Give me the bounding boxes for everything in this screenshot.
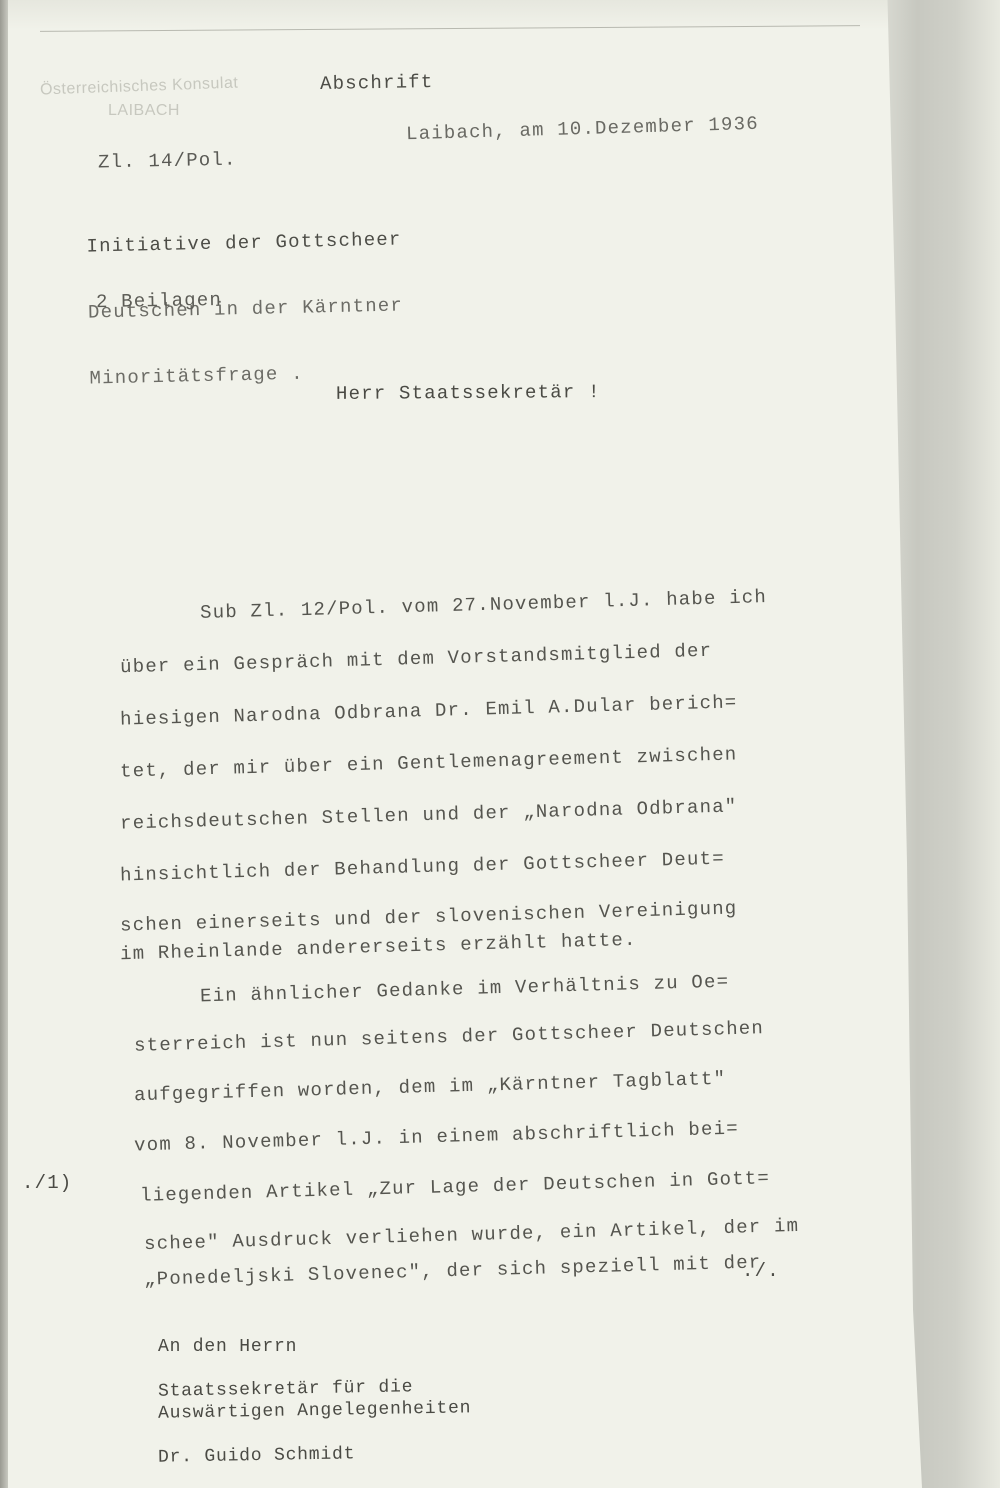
- body-line: tet, der mir über ein Gentlemenagreement…: [120, 743, 738, 782]
- salutation: Herr Staatssekretär !: [336, 381, 601, 405]
- margin-enclosure-note: ./1): [22, 1172, 72, 1194]
- body-line: aufgegriffen worden, dem im „Kärntner Ta…: [134, 1068, 727, 1107]
- body-line: Sub Zl. 12/Pol. vom 27.November l.J. hab…: [200, 586, 767, 624]
- place-and-date: Laibach, am 10.Dezember 1936: [406, 113, 759, 145]
- body-line: vom 8. November l.J. in einem abschriftl…: [134, 1118, 739, 1157]
- body-line: sterreich ist nun seitens der Gottscheer…: [134, 1017, 764, 1057]
- body-line: reichsdeutschen Stellen und der „Narodna…: [120, 795, 738, 834]
- document-page: Österreichisches Konsulat LAIBACH Abschr…: [8, 0, 1000, 1488]
- consulate-stamp-line1: Österreichisches Konsulat: [40, 73, 239, 102]
- addressee-block: An den Herrn Staatssekretär für die Ausw…: [158, 1336, 471, 1466]
- consulate-stamp-line2: LAIBACH: [108, 100, 180, 122]
- body-line: schee" Ausdruck verliehen wurde, ein Art…: [144, 1215, 800, 1255]
- reference-number: Zl. 14/Pol.: [98, 149, 237, 174]
- continuation-mark: ./.: [742, 1260, 780, 1282]
- addressee-title-line2: Auswärtigen Angelegenheiten: [158, 1397, 472, 1424]
- body-line: über ein Gespräch mit dem Vorstandsmitgl…: [120, 640, 713, 679]
- body-line: Ein ähnlicher Gedanke im Verhältnis zu O…: [200, 971, 730, 1008]
- body-line: liegenden Artikel „Zur Lage der Deutsche…: [140, 1167, 770, 1207]
- body-line: hiesigen Narodna Odbrana Dr. Emil A.Dula…: [120, 691, 738, 730]
- body-line: „Ponedeljski Slovenec", der sich speziel…: [144, 1251, 762, 1290]
- body-line: schen einerseits und der slovenischen Ve…: [120, 897, 738, 936]
- body-line: hinsichtlich der Behandlung der Gottsche…: [120, 848, 725, 887]
- addressee-name: Dr. Guido Schmidt: [158, 1441, 472, 1468]
- copy-label: Abschrift: [320, 71, 434, 95]
- scan-left-edge: [0, 0, 8, 1488]
- addressee-salutation: An den Herrn: [158, 1336, 471, 1358]
- subject-line: Initiative der Gottscheer: [86, 228, 401, 257]
- enclosures-note: 2 Beilagen: [96, 289, 222, 313]
